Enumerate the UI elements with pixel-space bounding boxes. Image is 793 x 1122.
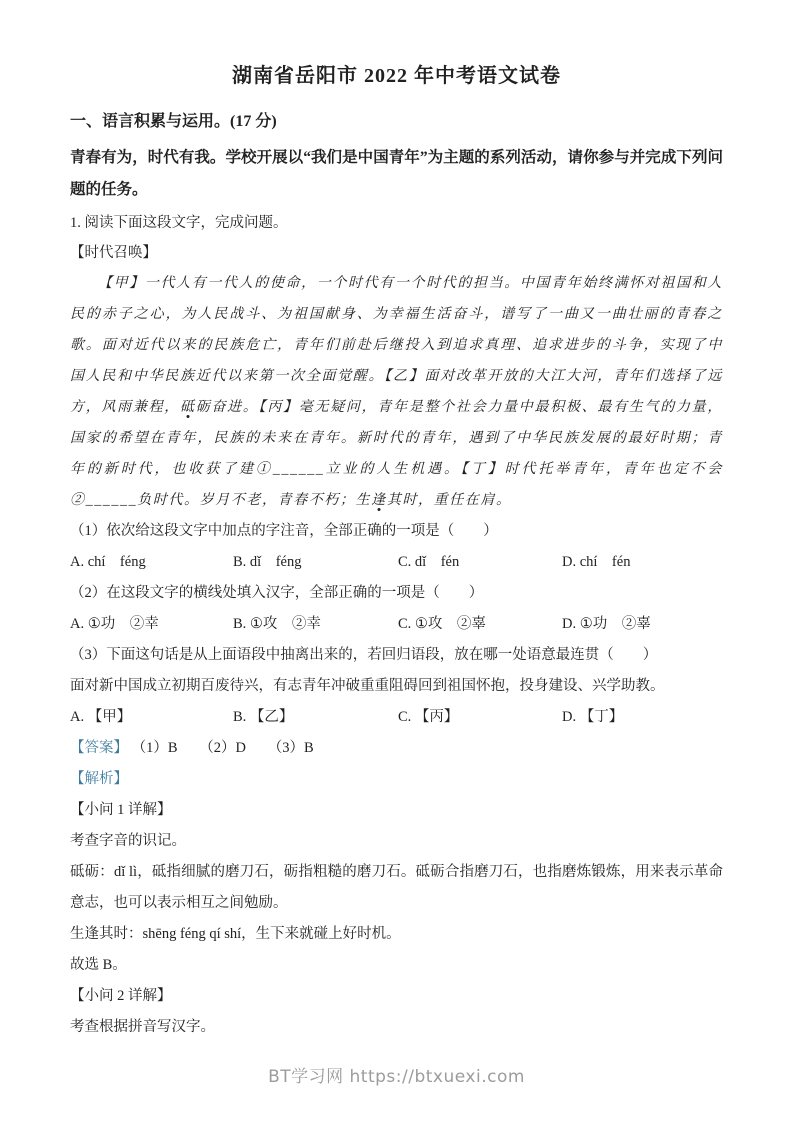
sub-question-2-options: A. ①功 ②幸 B. ①攻 ②幸 C. ①攻 ②辜 D. ①功 ②辜 [70,609,723,640]
option-d: D. 【丁】 [562,702,723,733]
footer-watermark: BT学习网 https://btxuexi.com [0,1062,793,1087]
passage-segment: 砺奋进。【丙】毫无疑问，青年是整个社会力量中最积极、最有生气的力量，国家的希望在… [70,400,723,508]
question-1-lead: 1. 阅读下面这段文字，完成问题。 [70,208,723,238]
option-c: C. 【丙】 [398,702,562,733]
answer-text: （1）B （2）D （3）B [132,740,314,756]
option-a: A. ①功 ②幸 [70,609,233,640]
option-c: C. dǐ fén [398,547,562,578]
sub-question-1-options: A. chí féng B. dǐ féng C. dǐ fén D. chí … [70,547,723,578]
option-b: B. ①攻 ②幸 [233,609,398,640]
passage-text: 【甲】一代人有一代人的使命，一个时代有一个时代的担当。中国青年始终满怀对祖国和人… [70,268,723,516]
explanation-line: 故选 B。 [70,950,723,981]
extracted-sentence: 面对新中国成立初期百废待兴，有志青年冲破重重阻碍回到祖国怀抱，投身建设、兴学助教… [70,671,723,702]
document-content: 湖南省岳阳市 2022 年中考语文试卷 一、语言积累与运用。(17 分) 青春有… [70,62,723,1043]
page-title: 湖南省岳阳市 2022 年中考语文试卷 [70,62,723,90]
sub-question-1-stem: （1）依次给这段文字中加点的字注音，全部正确的一项是（ ） [70,516,723,547]
explanation-line: 生逢其时：shēng féng qí shí，生下来就碰上好时机。 [70,919,723,950]
intro-text: 青春有为，时代有我。学校开展以“我们是中国青年”为主题的系列活动，请你参与并完成… [70,142,723,206]
sub-question-3-options: A. 【甲】 B. 【乙】 C. 【丙】 D. 【丁】 [70,702,723,733]
answer-line: 【答案】 （1）B （2）D （3）B [70,733,723,764]
explanation-line: 考查根据拼音写汉字。 [70,1012,723,1043]
sub-question-1-explain-heading: 【小问 1 详解】 [70,795,723,826]
option-b: B. dǐ féng [233,547,398,578]
option-a: A. 【甲】 [70,702,233,733]
passage-segment: 【甲】一代人有一代人的使命，一个时代有一个时代的担当。中国青年始终满怀对祖国和人… [70,276,723,415]
option-d: D. chí fén [562,547,723,578]
option-d: D. ①功 ②辜 [562,609,723,640]
explanation-line: 考查字音的识记。 [70,826,723,857]
emphasized-character: 砥 [180,400,196,415]
passage-segment: 其时，重任在肩。 [387,493,512,508]
footer-site-url[interactable]: BT学习网 https://btxuexi.com [268,1067,525,1087]
option-b: B. 【乙】 [233,702,398,733]
option-a: A. chí féng [70,547,233,578]
sub-question-2-stem: （2）在这段文字的横线处填入汉字，全部正确的一项是（ ） [70,578,723,609]
sub-question-3-stem: （3）下面这句话是从上面语段中抽离出来的，若回归语段，放在哪一处语意最连贯（ ） [70,640,723,671]
analysis-label: 【解析】 [70,764,723,795]
passage-label: 【时代召唤】 [70,238,723,268]
option-c: C. ①攻 ②辜 [398,609,562,640]
exam-document-page: 湖南省岳阳市 2022 年中考语文试卷 一、语言积累与运用。(17 分) 青春有… [0,0,793,1122]
emphasized-character: 逢 [371,493,387,508]
section-heading: 一、语言积累与运用。(17 分) [70,108,723,136]
explanation-line: 砥砺：dǐ lì，砥指细腻的磨刀石，砺指粗糙的磨刀石。砥砺合指磨刀石，也指磨炼锻… [70,857,723,919]
sub-question-2-explain-heading: 【小问 2 详解】 [70,981,723,1012]
answer-label: 【答案】 [70,740,128,756]
